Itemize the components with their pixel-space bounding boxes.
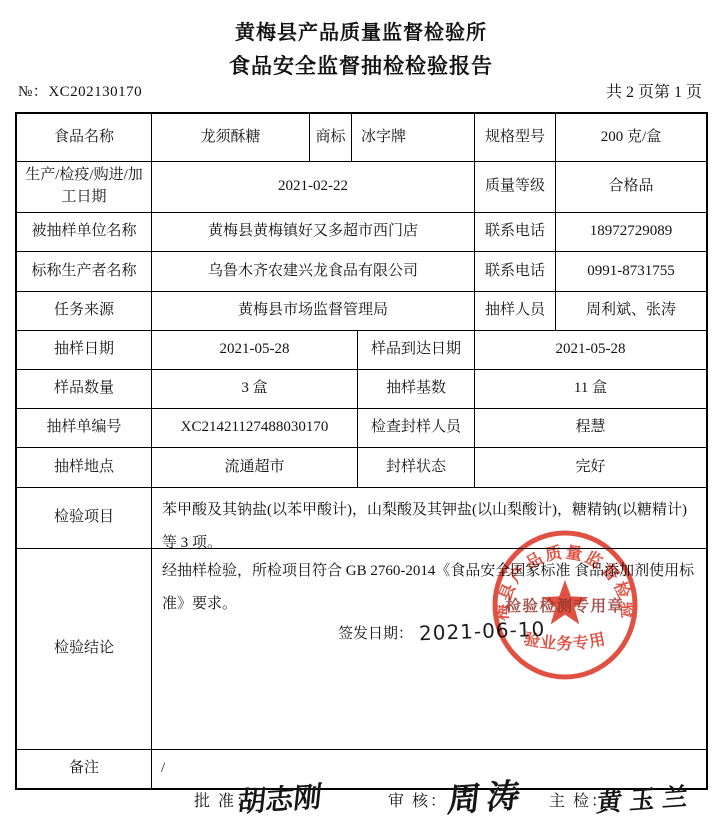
inspection-report-page: 黄梅县产品质量监督检验所 食品安全监督抽检检验报告 №：XC202130170 … xyxy=(0,0,722,816)
review-label: 审 核： xyxy=(388,788,448,811)
conclusion-cell: 经抽样检验，所检项目符合 GB 2760-2014《食品安全国家标准 食品添加剂… xyxy=(152,549,706,749)
production-date-label: 生产/检疫/购进/加工日期 xyxy=(17,162,152,212)
sampler-value: 周利斌、张涛 xyxy=(556,292,706,330)
sampler-label: 抽样人员 xyxy=(475,292,556,330)
table-row-sampling-date: 抽样日期 2021-05-28 样品到达日期 2021-05-28 xyxy=(17,331,706,370)
quality-grade-value: 合格品 xyxy=(556,162,706,212)
sampling-place-value: 流通超市 xyxy=(152,448,358,487)
spec-label: 规格型号 xyxy=(475,114,556,161)
page-count: 共 2 页第 1 页 xyxy=(606,79,702,102)
review-signature: 周涛 xyxy=(446,769,529,816)
report-table: 食品名称 龙须酥糖 商标 冰字牌 规格型号 200 克/盒 生产/检疫/购进/加… xyxy=(15,112,708,790)
trademark-value: 冰字牌 xyxy=(352,114,475,161)
table-row-task-source: 任务来源 黄梅县市场监督管理局 抽样人员 周利斌、张涛 xyxy=(17,292,706,331)
production-date-value: 2021-02-22 xyxy=(152,162,475,212)
sampled-unit-label: 被抽样单位名称 xyxy=(17,213,152,251)
spec-value: 200 克/盒 xyxy=(556,114,706,161)
conclusion-text: 经抽样检验，所检项目符合 GB 2760-2014《食品安全国家标准 食品添加剂… xyxy=(162,563,694,612)
arrival-date-value: 2021-05-28 xyxy=(475,331,706,369)
table-row-sampled-unit: 被抽样单位名称 黄梅县黄梅镇好又多超市西门店 联系电话 18972729089 xyxy=(17,213,706,252)
table-row-sampling-no: 抽样单编号 XC21421127488030170 检查封样人员 程慧 xyxy=(17,409,706,448)
organization-title: 黄梅县产品质量监督检验所 xyxy=(0,16,722,45)
report-number: №：XC202130170 xyxy=(18,80,142,101)
seal-state-label: 封样状态 xyxy=(358,448,475,487)
food-name-label: 食品名称 xyxy=(17,114,152,161)
producer-label: 标称生产者名称 xyxy=(17,252,152,291)
sample-qty-label: 样品数量 xyxy=(17,370,152,408)
sampling-no-value: XC21421127488030170 xyxy=(152,409,358,447)
phone-label-2: 联系电话 xyxy=(475,252,556,291)
base-qty-label: 抽样基数 xyxy=(358,370,475,408)
remark-label: 备注 xyxy=(17,750,152,788)
arrival-date-label: 样品到达日期 xyxy=(358,331,475,369)
issue-date-line: 签发日期：2021-06-10 xyxy=(338,615,545,651)
table-row-test-items: 检验项目 苯甲酸及其钠盐(以苯甲酸计)，山梨酸及其钾盐(以山梨酸计)，糖精钠(以… xyxy=(17,488,706,549)
phone-value-1: 18972729089 xyxy=(556,213,706,251)
sampling-date-value: 2021-05-28 xyxy=(152,331,358,369)
task-source-label: 任务来源 xyxy=(17,292,152,330)
table-row-sample-qty: 样品数量 3 盒 抽样基数 11 盒 xyxy=(17,370,706,409)
sealer-value: 程慧 xyxy=(475,409,706,447)
issue-date-label: 签发日期： xyxy=(338,626,413,642)
table-row-producer: 标称生产者名称 乌鲁木齐农建兴龙食品有限公司 联系电话 0991-8731755 xyxy=(17,252,706,292)
sample-qty-value: 3 盒 xyxy=(152,370,358,408)
sampling-date-label: 抽样日期 xyxy=(17,331,152,369)
producer-value: 乌鲁木齐农建兴龙食品有限公司 xyxy=(152,252,475,291)
trademark-label: 商标 xyxy=(310,114,352,161)
phone-value-2: 0991-8731755 xyxy=(556,252,706,291)
base-qty-value: 11 盒 xyxy=(475,370,706,408)
phone-label-1: 联系电话 xyxy=(475,213,556,251)
sealer-label: 检查封样人员 xyxy=(358,409,475,447)
conclusion-label: 检验结论 xyxy=(17,549,152,749)
issue-date-stamp: 2021-06-10 xyxy=(418,613,545,650)
task-source-value: 黄梅县市场监督管理局 xyxy=(152,292,475,330)
table-row-sampling-place: 抽样地点 流通超市 封样状态 完好 xyxy=(17,448,706,488)
report-number-value: XC202130170 xyxy=(48,84,142,100)
food-name-value: 龙须酥糖 xyxy=(152,114,310,161)
chief-signature: 黄玉兰 xyxy=(595,776,698,816)
sampling-place-label: 抽样地点 xyxy=(17,448,152,487)
quality-grade-label: 质量等级 xyxy=(475,162,556,212)
report-title: 食品安全监督抽检检验报告 xyxy=(0,50,722,80)
approve-signature: 胡志刚 xyxy=(236,775,324,816)
test-items-value: 苯甲酸及其钠盐(以苯甲酸计)，山梨酸及其钾盐(以山梨酸计)，糖精钠(以糖精计)等… xyxy=(152,488,706,548)
table-row-food: 食品名称 龙须酥糖 商标 冰字牌 规格型号 200 克/盒 xyxy=(17,114,706,162)
seal-state-value: 完好 xyxy=(475,448,706,487)
sampling-no-label: 抽样单编号 xyxy=(17,409,152,447)
test-items-label: 检验项目 xyxy=(17,488,152,548)
table-row-production-date: 生产/检疫/购进/加工日期 2021-02-22 质量等级 合格品 xyxy=(17,162,706,213)
table-row-conclusion: 检验结论 经抽样检验，所检项目符合 GB 2760-2014《食品安全国家标准 … xyxy=(17,549,706,750)
sampled-unit-value: 黄梅县黄梅镇好又多超市西门店 xyxy=(152,213,475,251)
report-number-label: №： xyxy=(18,84,48,100)
